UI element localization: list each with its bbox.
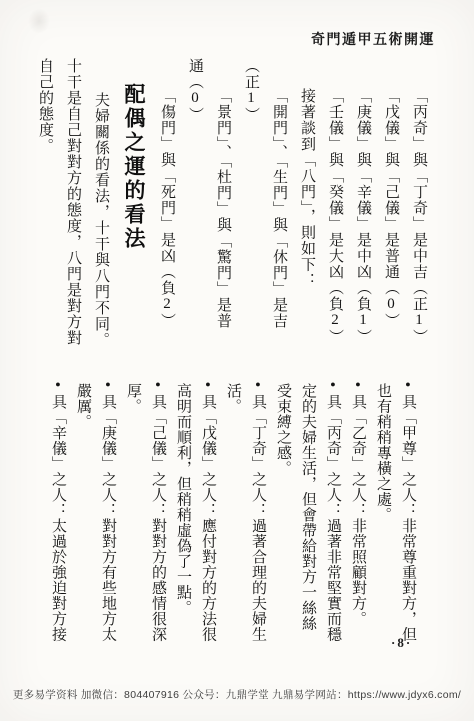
list-item: ●具「甲尊」之人：非常尊重對方，但 xyxy=(395,376,420,664)
text-column: 夫婦關係的看法，十干與八門不同。 xyxy=(87,58,115,406)
text-column: 接著談到「八門」，則如下： xyxy=(293,58,321,406)
section-title: 配偶之運的看法 xyxy=(115,58,153,406)
list-item: ●具「丙奇」之人：過著非常堅實而穩 xyxy=(320,376,345,664)
text-column: 也有稍稍專橫之處。 xyxy=(370,376,395,664)
list-item: ●具「己儀」之人：對對方的感情很深 xyxy=(145,376,170,664)
text-column: 十干是自己對對方的態度，八門是對方對 xyxy=(59,58,87,406)
list-item-text: 具「丁奇」之人：過著合理的夫婦生 xyxy=(250,394,266,642)
text-column: 「庚儀」與「辛儀」是中凶（負1） xyxy=(349,58,377,406)
text-column: 「開門」、「生門」與「休門」是吉 xyxy=(265,58,293,406)
bullet-icon: ● xyxy=(353,376,362,394)
text-column: 嚴厲。 xyxy=(70,376,95,664)
bullet-icon: ● xyxy=(328,376,337,394)
text-column: 通（0） xyxy=(181,58,209,406)
text-column: （正1） xyxy=(237,58,265,406)
list-item-text: 具「庚儀」之人：對對方有些地方太 xyxy=(100,394,116,642)
bullet-icon: ● xyxy=(103,376,112,394)
list-item-text: 具「辛儀」之人：太過於強迫對方接 xyxy=(50,394,66,642)
text-column: 高明而順利，但稍稍虛偽了一點。 xyxy=(170,376,195,664)
footer-promo-text: 更多易学资料 加微信：804407916 公众号：九鼎学堂 九鼎易学网站：htt… xyxy=(0,687,474,702)
bullet-icon: ● xyxy=(203,376,212,394)
list-item-text: 具「戊儀」之人：應付對方的方法很 xyxy=(200,394,216,642)
text-column: 厚。 xyxy=(120,376,145,664)
text-column: 「戊儀」與「己儀」是普通（0） xyxy=(377,58,405,406)
text-column: 受束縛之感。 xyxy=(270,376,295,664)
list-item-text: 具「乙奇」之人：非常照顧對方。 xyxy=(350,394,366,627)
list-item: ●具「乙奇」之人：非常照顧對方。 xyxy=(345,376,370,664)
text-column: 自己的態度。 xyxy=(31,58,59,406)
list-item: ●具「戊儀」之人：應付對方的方法很 xyxy=(195,376,220,664)
bullet-icon: ● xyxy=(253,376,262,394)
list-item: ●具「辛儀」之人：太過於強迫對方接 xyxy=(45,376,70,664)
list-item: ●具「丁奇」之人：過著合理的夫婦生 xyxy=(245,376,270,664)
text-column: 「壬儀」與「癸儀」是大凶（負2） xyxy=(321,58,349,406)
text-column: 定的夫婦生活，但會帶給對方一絲絲 xyxy=(295,376,320,664)
list-item-text: 具「己儀」之人：對對方的感情很深 xyxy=(150,394,166,642)
text-column: 「傷門」與「死門」是凶（負2） xyxy=(153,58,181,406)
page-number: ·8· xyxy=(391,635,412,651)
lower-text-register: ●具「甲尊」之人：非常尊重對方，但 也有稍稍專橫之處。 ●具「乙奇」之人：非常照… xyxy=(45,376,420,664)
bullet-icon: ● xyxy=(153,376,162,394)
running-title: 奇門遁甲五術開運 xyxy=(311,29,435,49)
list-item-text: 具「丙奇」之人：過著非常堅實而穩 xyxy=(325,394,341,642)
list-item-text: 具「甲尊」之人：非常尊重對方，但 xyxy=(400,394,416,642)
bullet-icon: ● xyxy=(53,376,62,394)
text-column: 活。 xyxy=(220,376,245,664)
book-page: 奇門遁甲五術開運 「丙奇」與「丁奇」是中吉（正1） 「戊儀」與「己儀」是普通（0… xyxy=(0,0,474,721)
list-item: ●具「庚儀」之人：對對方有些地方太 xyxy=(95,376,120,664)
upper-text-register: 「丙奇」與「丁奇」是中吉（正1） 「戊儀」與「己儀」是普通（0） 「庚儀」與「辛… xyxy=(31,58,433,406)
text-column: 「丙奇」與「丁奇」是中吉（正1） xyxy=(405,58,433,406)
text-column: 「景門」、「杜門」與「驚門」是普 xyxy=(209,58,237,406)
bullet-icon: ● xyxy=(403,376,412,394)
scan-smudge xyxy=(28,8,50,34)
